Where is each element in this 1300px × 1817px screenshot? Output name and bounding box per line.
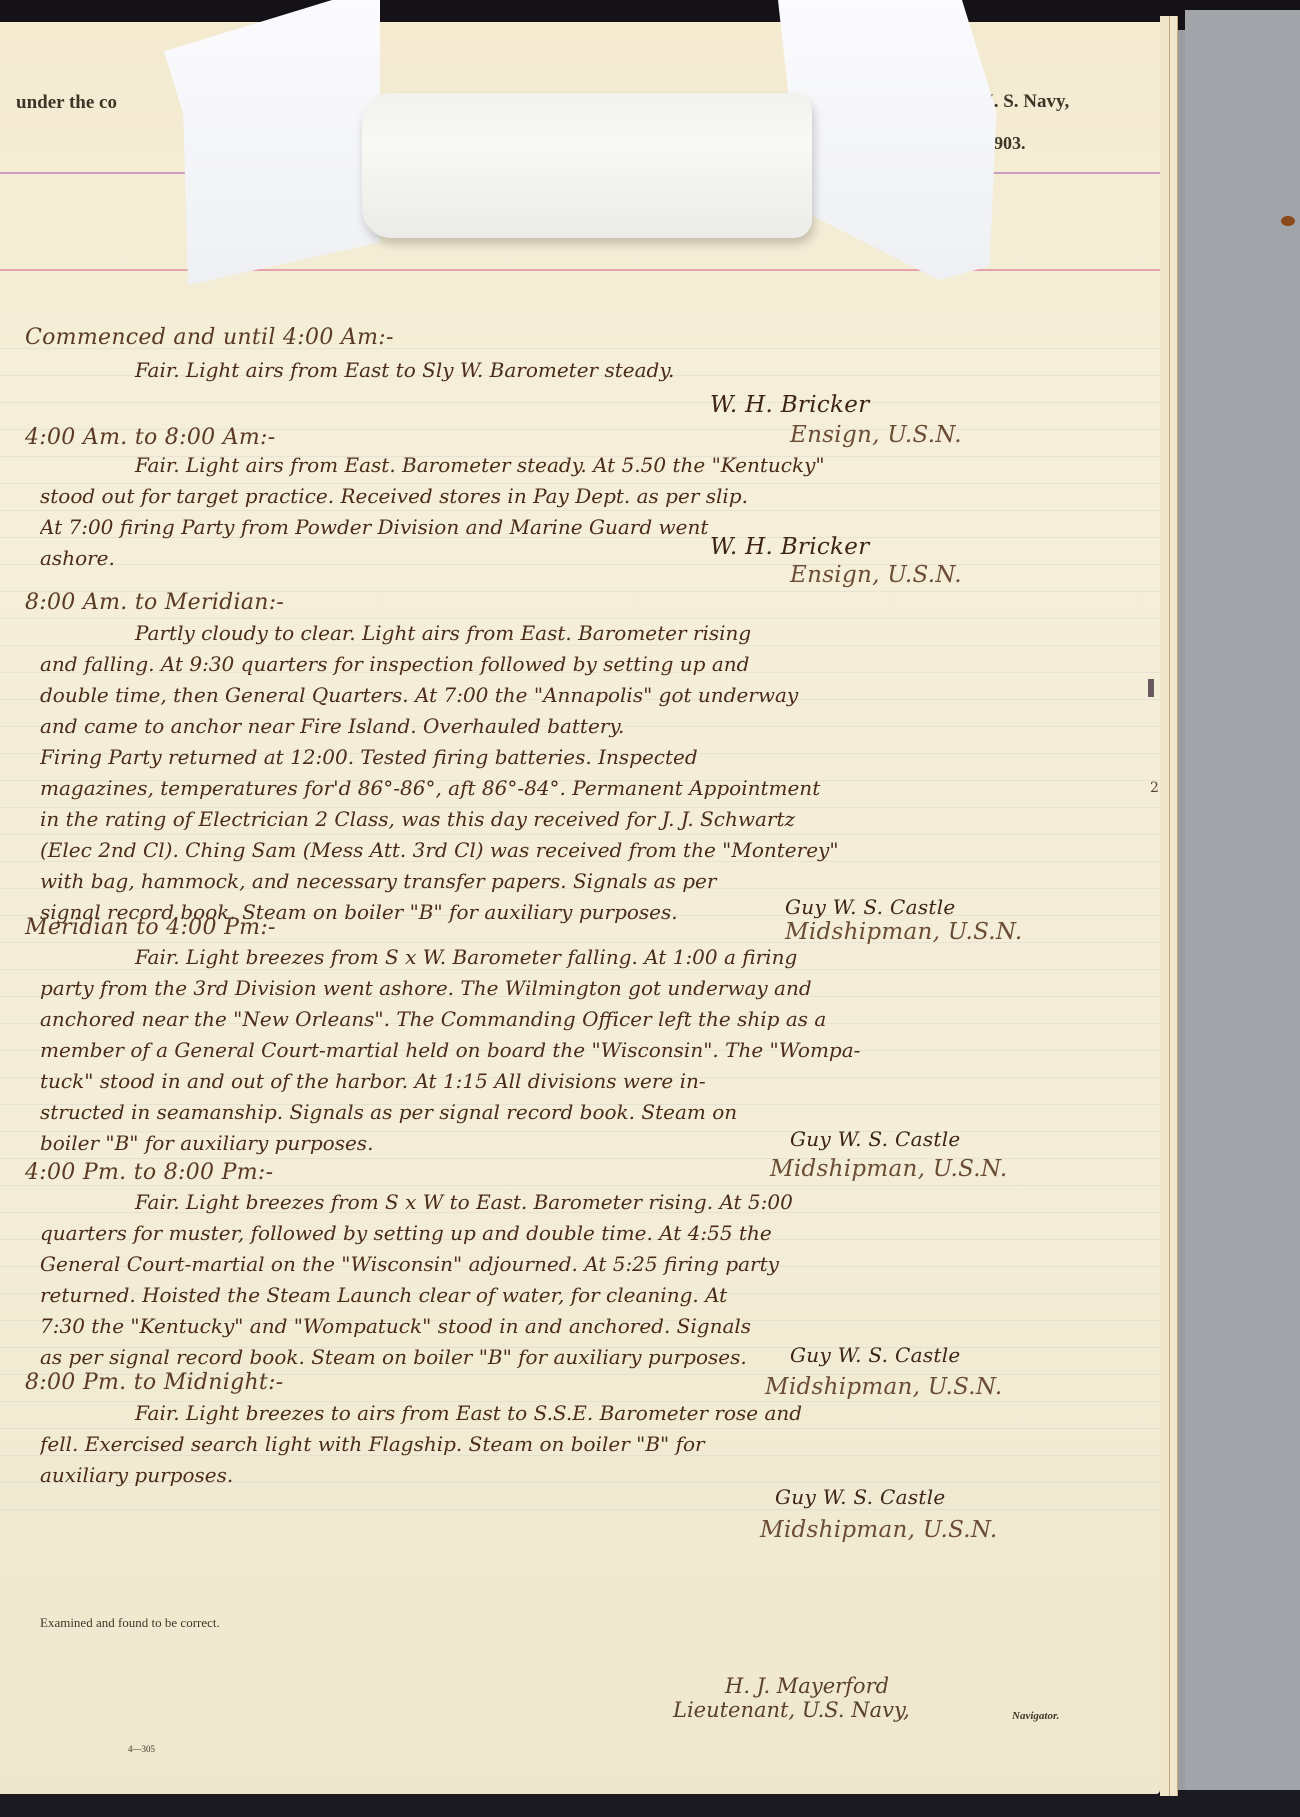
entry-line: General Court-martial on the "Wisconsin"…: [40, 1249, 1120, 1280]
entry-line: anchored near the "New Orleans". The Com…: [40, 1004, 1120, 1035]
officer-signature: Guy W. S. Castle: [790, 1340, 961, 1371]
log-page: under the co U. S. Navy, 1903. W C Comme…: [0, 22, 1160, 1794]
navigator-label: Navigator.: [1012, 1710, 1059, 1722]
scan-backdrop-mat: [1185, 10, 1300, 1800]
entry-line: Fair. Light breezes from S x W to East. …: [40, 1187, 1120, 1218]
entry-line: auxiliary purposes.: [40, 1460, 1120, 1491]
entry-line: stood out for target practice. Received …: [40, 481, 1120, 512]
officer-signature: W. H. Bricker: [710, 532, 870, 563]
entry-line: party from the 3rd Division went ashore.…: [40, 973, 1120, 1004]
officer-rank: Ensign, U.S.N.: [790, 420, 962, 451]
watch-entry: Fair. Light airs from East to Sly W. Bar…: [40, 355, 1120, 386]
officer-rank: Midshipman, U.S.N.: [760, 1515, 997, 1546]
watch-entry: Partly cloudy to clear. Light airs from …: [40, 618, 1120, 928]
scan-backdrop-bottom: [0, 1790, 1300, 1817]
navigator-name: H. J. Mayerford: [725, 1674, 889, 1698]
entry-line: Firing Party returned at 12:00. Tested f…: [40, 742, 1120, 773]
entry-line: 7:30 the "Kentucky" and "Wompatuck" stoo…: [40, 1311, 1120, 1342]
officer-signature: Guy W. S. Castle: [790, 1124, 961, 1155]
watch-heading: Commenced and until 4:00 Am:-: [25, 322, 394, 353]
watch-heading: 4:00 Am. to 8:00 Am:-: [25, 422, 276, 453]
entry-line: double time, then General Quarters. At 7…: [40, 680, 1120, 711]
officer-signature: W. H. Bricker: [710, 390, 870, 421]
backdrop-stain: [1281, 216, 1295, 226]
entry-line: and falling. At 9:30 quarters for inspec…: [40, 649, 1120, 680]
entry-line: At 7:00 firing Party from Powder Divisio…: [40, 512, 1120, 543]
header-rule: [0, 269, 1160, 271]
margin-mark: 2: [1150, 780, 1159, 796]
watch-entry: Fair. Light airs from East. Barometer st…: [40, 450, 1120, 574]
entry-line: quarters for muster, followed by setting…: [40, 1218, 1120, 1249]
examined-statement: Examined and found to be correct.: [40, 1615, 220, 1631]
page-tab-marker: [1148, 679, 1154, 697]
entry-line: tuck" stood in and out of the harbor. At…: [40, 1066, 1120, 1097]
officer-rank: Ensign, U.S.N.: [790, 560, 962, 591]
entry-line: Fair. Light airs from East. Barometer st…: [40, 450, 1120, 481]
entry-line: Partly cloudy to clear. Light airs from …: [40, 618, 1120, 649]
entry-line: magazines, temperatures for'd 86°-86°, a…: [40, 773, 1120, 804]
page-weight-roll: [362, 93, 812, 238]
form-number: 4—305: [128, 1744, 155, 1754]
entry-line: Fair. Light breezes to airs from East to…: [40, 1398, 1120, 1429]
navigator-rank: Lieutenant, U.S. Navy,: [673, 1698, 910, 1722]
watch-heading: 8:00 Am. to Meridian:-: [25, 587, 284, 618]
entry-line: returned. Hoisted the Steam Launch clear…: [40, 1280, 1120, 1311]
entry-line: with bag, hammock, and necessary transfe…: [40, 866, 1120, 897]
entry-line: (Elec 2nd Cl). Ching Sam (Mess Att. 3rd …: [40, 835, 1120, 866]
entry-line: and came to anchor near Fire Island. Ove…: [40, 711, 1120, 742]
officer-rank: Midshipman, U.S.N.: [770, 1154, 1007, 1185]
printed-header-left: under the co: [16, 92, 117, 114]
officer-signature: Guy W. S. Castle: [775, 1482, 946, 1513]
entry-line: Fair. Light airs from East to Sly W. Bar…: [40, 355, 1120, 386]
entry-line: Fair. Light breezes from S x W. Baromete…: [40, 942, 1120, 973]
watch-heading: Meridian to 4:00 Pm:-: [25, 912, 276, 943]
page-stack-edge: [1160, 16, 1170, 1796]
entry-line: in the rating of Electrician 2 Class, wa…: [40, 804, 1120, 835]
watch-heading: 4:00 Pm. to 8:00 Pm:-: [25, 1157, 273, 1188]
watch-heading: 8:00 Pm. to Midnight:-: [25, 1367, 284, 1398]
entry-line: fell. Exercised search light with Flagsh…: [40, 1429, 1120, 1460]
entry-line: member of a General Court-martial held o…: [40, 1035, 1120, 1066]
watch-entry: Fair. Light breezes to airs from East to…: [40, 1398, 1120, 1491]
navigator-signature: H. J. Mayerford Lieutenant, U.S. Navy,: [665, 1674, 910, 1722]
